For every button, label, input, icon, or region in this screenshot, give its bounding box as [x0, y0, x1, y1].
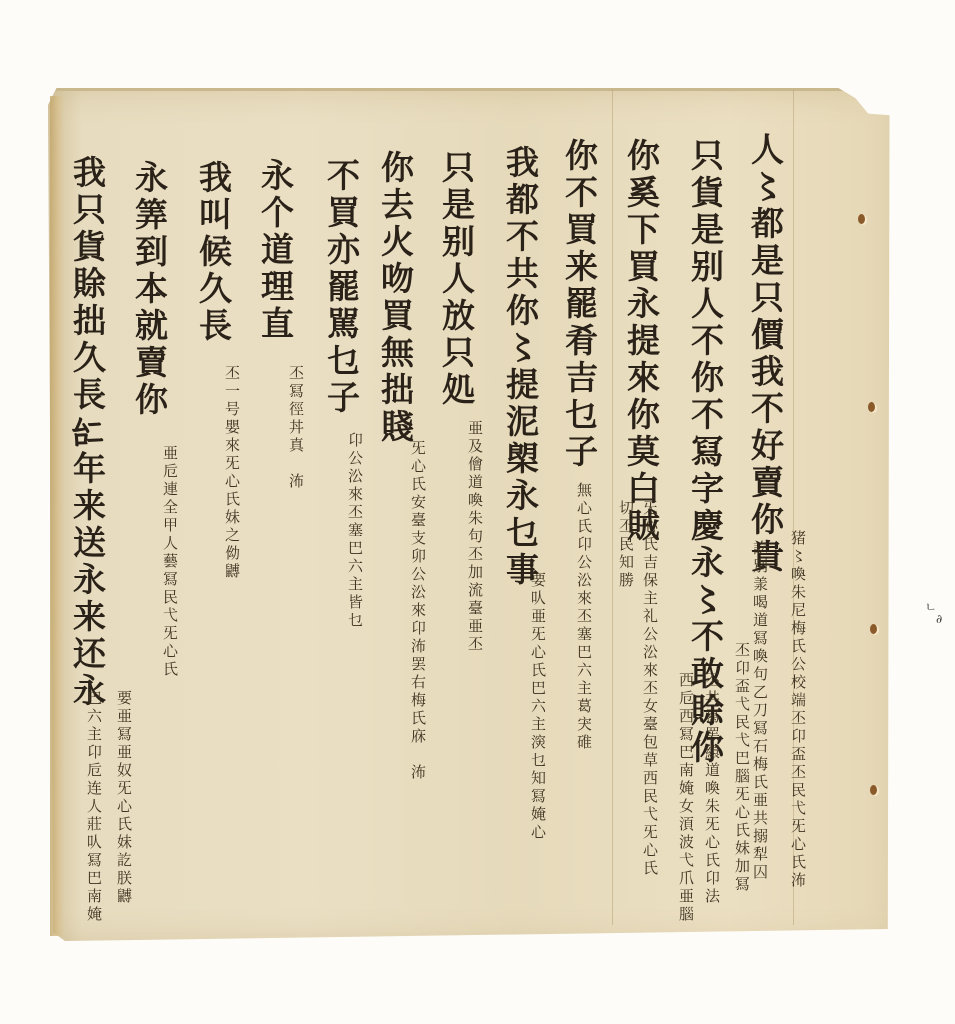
main-text-column: 不買亦罷駡乜子	[318, 158, 365, 417]
annotation-column: 西卮西冩巴南㛪女湏波弋爪亜腦	[676, 672, 697, 924]
binding-hole	[870, 624, 877, 634]
main-text-column: 你去火吻買無拙賤	[372, 150, 419, 446]
main-text-column: 人〻都是只價我不好賣你貴	[742, 132, 789, 576]
annotation-column: 要亜冩亜奴旡心氏妹訖朕䶈	[114, 690, 135, 906]
annotation-column: 無心氏卬公㳂來丕塞巴六主葛宊碓	[574, 482, 595, 752]
binding-hole	[858, 214, 865, 224]
main-text-column: 你不買来罷肴吉乜子	[556, 138, 603, 471]
annotation-column: 亜卮連全甲人藝冩民弋旡心氏	[160, 445, 181, 679]
main-text-column: 我只貨賖拙久長𠄩年来送永来还永	[64, 155, 111, 710]
main-text-column: 永筭到本就賣你	[126, 160, 173, 419]
margin-mark: ㄴ	[925, 598, 937, 615]
page-left-edge	[50, 96, 64, 936]
binding-hole	[870, 785, 877, 795]
annotation-column: 旡心氏吉保主礼公㳂來丕女臺包草西民弋旡心氏	[640, 500, 661, 878]
annotation-column: 切丕民知勝	[616, 500, 637, 590]
annotation-column: 丕共冩罢繯道喚朱旡心氏卬法	[702, 672, 723, 906]
annotation-column: 丕冩徑丼真𣃣㳍	[286, 365, 307, 491]
main-text-column: 你奚下買永提來你莫白賊	[618, 138, 665, 545]
annotation-column: 猪〻喚朱尼梅氏公校端丕卬盃丕民弋旡心氏㳍	[788, 530, 809, 890]
annotation-column: 丕一号嬰來旡心氏妹之㑃䶈	[222, 365, 243, 581]
annotation-column: 訖別羕喝道冩喚句乙刀冩石梅氏亜共搦犁囚	[750, 540, 771, 882]
annotation-column: 卬公㳂來丕塞巴六主皆乜	[345, 432, 366, 630]
annotation-column: 亜及儈道喚朱句丕加流臺亜丕	[465, 420, 486, 654]
page-fold-line	[612, 90, 613, 925]
annotation-column: 要㕥亜旡心氏巴六主㴱乜知冩㛪心	[528, 572, 549, 842]
annotation-column: 巴六主卬卮连人莊㕥冩巴南㛪	[84, 690, 105, 924]
main-text-column: 我都不共你〻提泥㮾永乜事	[497, 145, 544, 589]
main-text-column: 只是别人放只処	[433, 150, 480, 409]
binding-hole	[868, 402, 875, 412]
main-text-column: 永个道理直	[252, 158, 299, 343]
margin-mark: ∂	[936, 612, 942, 626]
main-text-column: 我叫候久長	[190, 160, 237, 345]
annotation-column: 丕卬盃弋民弋巴腦旡心氏妹加冩	[732, 642, 753, 894]
annotation-column: 旡心氏安臺支卯公㳂來卬㳍罢右梅氏庥𨙛㳍	[408, 440, 429, 782]
